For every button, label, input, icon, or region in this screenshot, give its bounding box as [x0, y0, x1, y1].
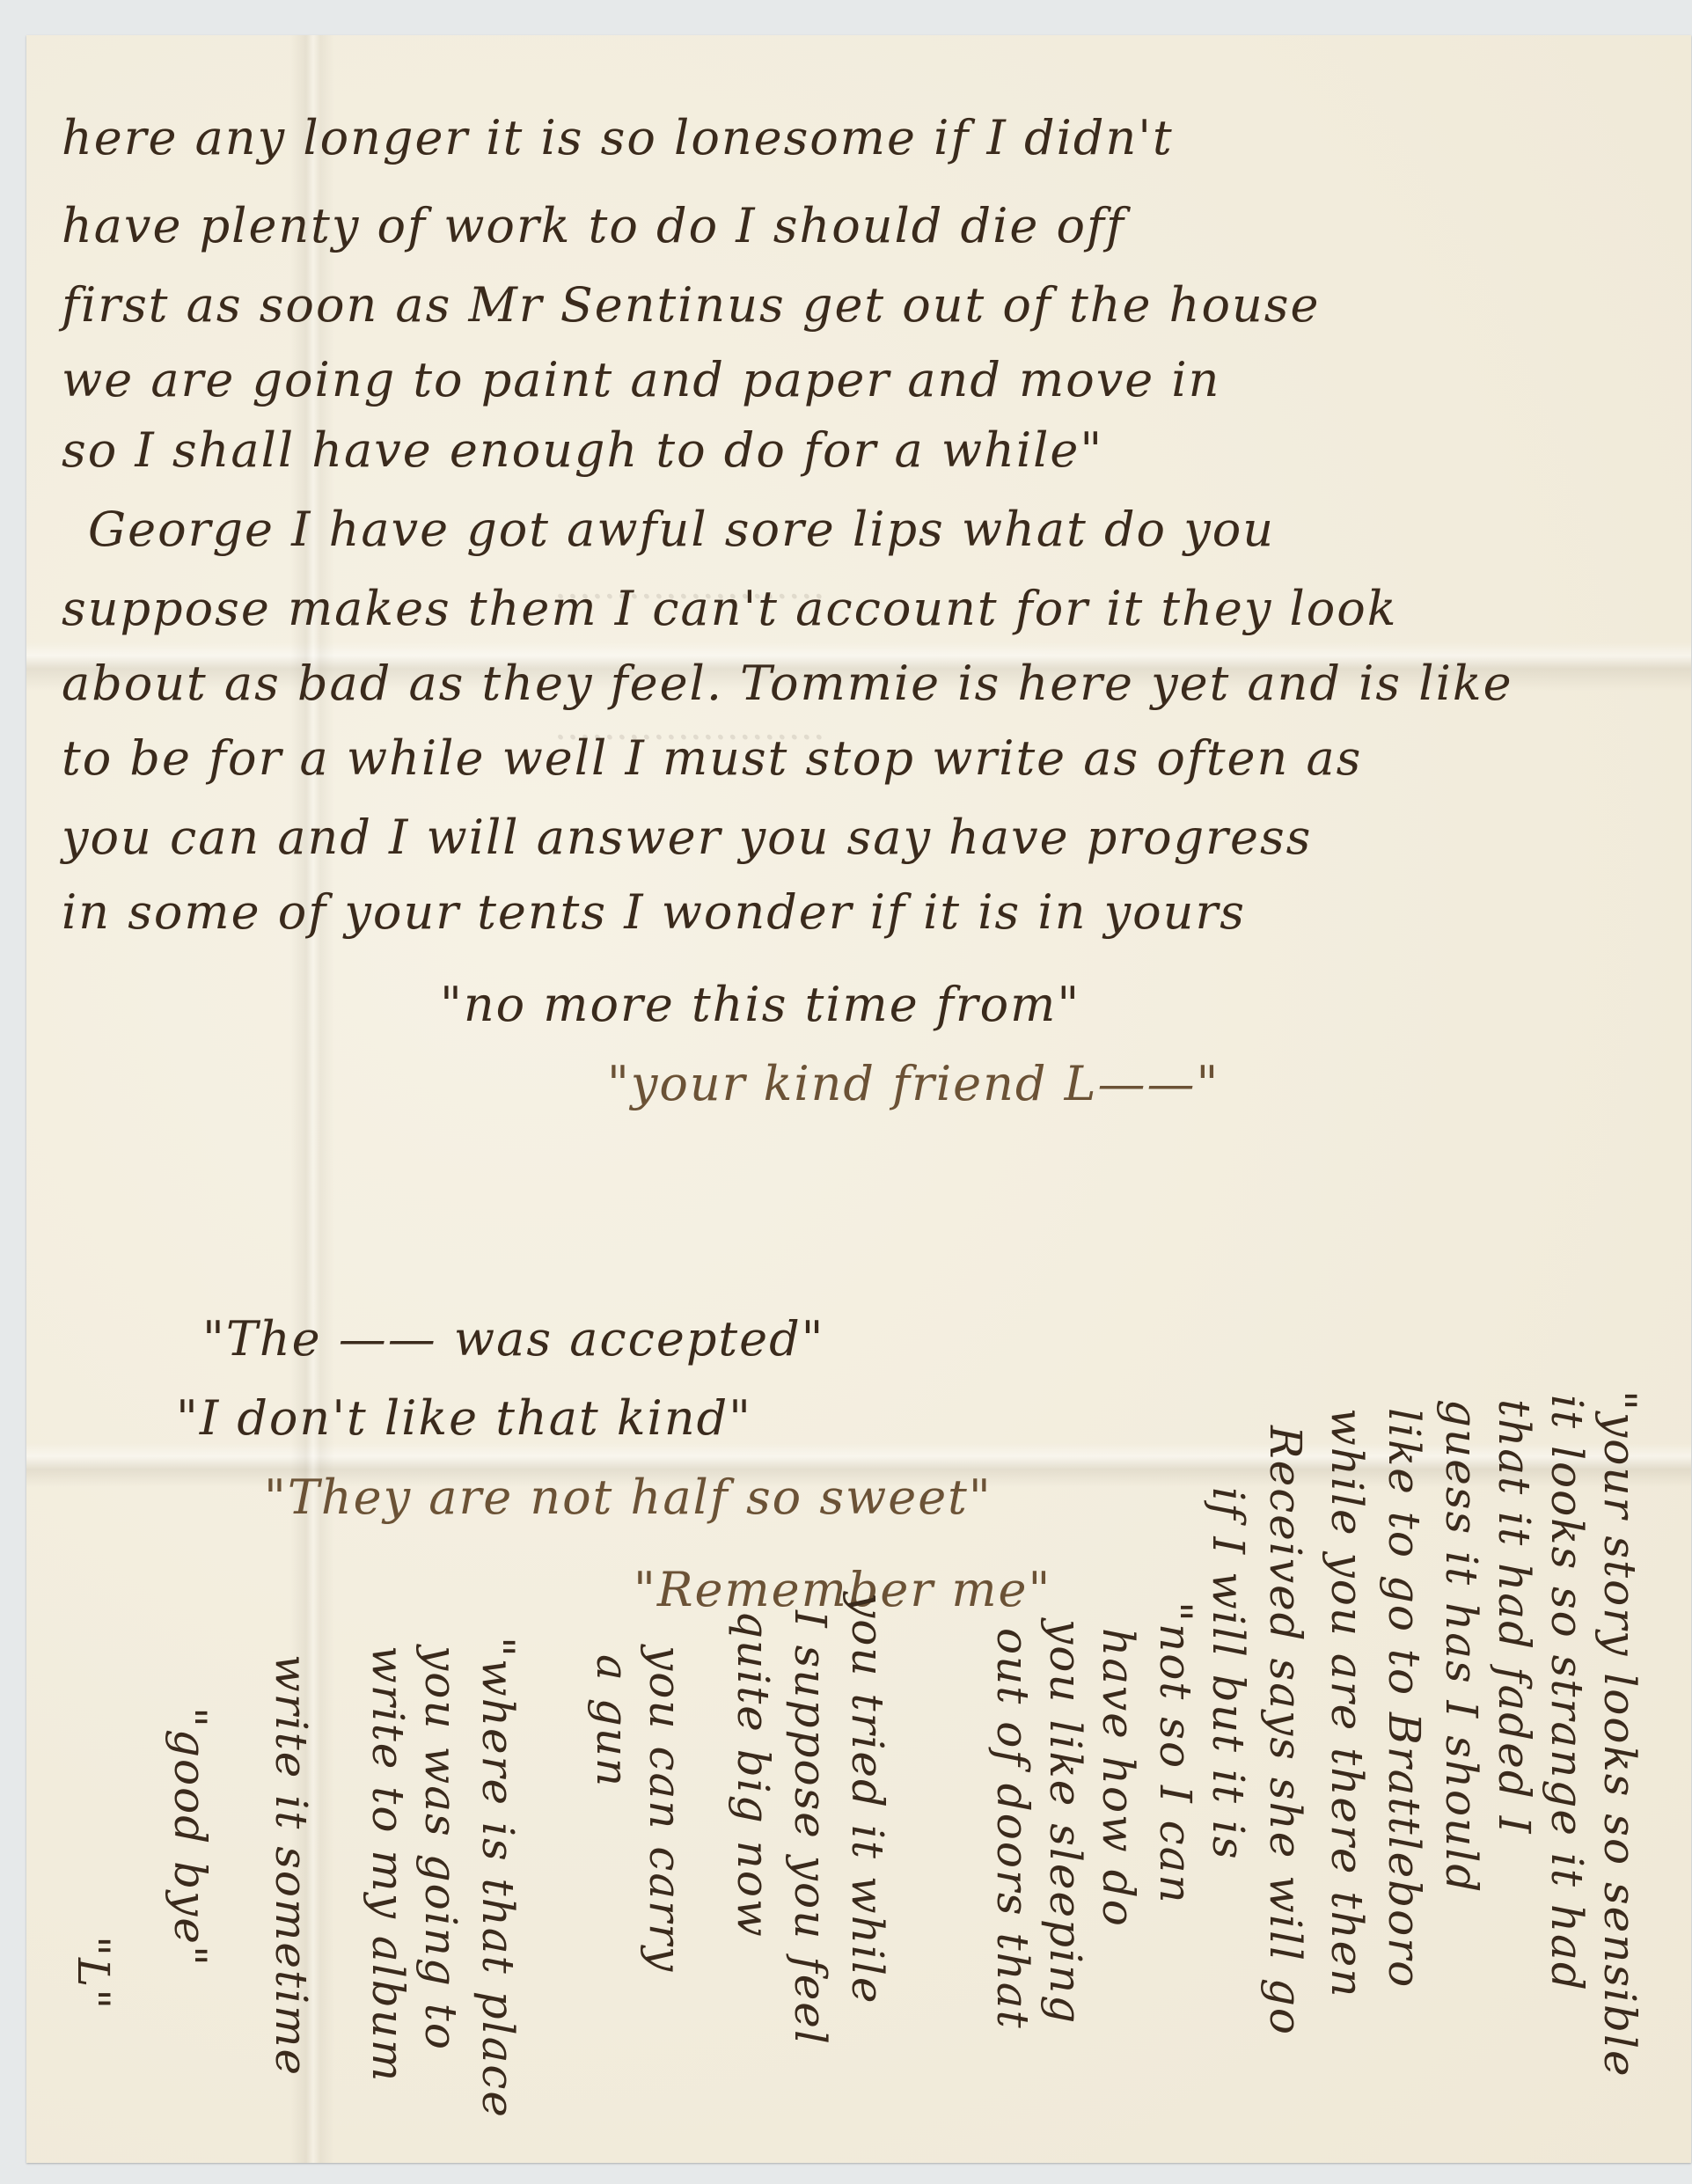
letter-page: ...................... .................… — [26, 35, 1691, 2163]
quote-line: "They are not half so sweet" — [264, 1469, 992, 1525]
rotated-line: have how do — [1093, 1628, 1144, 1928]
rotated-line: like to go to Brattleboro — [1379, 1408, 1430, 1989]
rotated-line: quite big now — [728, 1610, 779, 1938]
body-line: have plenty of work to do I should die o… — [62, 198, 1125, 253]
rotated-line: you like sleeping — [1040, 1619, 1091, 2025]
body-line: so I shall have enough to do for a while… — [62, 422, 1103, 478]
rotated-line: while you are there then — [1322, 1408, 1373, 1998]
rotated-line: write it sometime — [266, 1654, 317, 2077]
rotated-line: "your story looks so sensible — [1594, 1390, 1645, 2078]
body-line: to be for a while well I must stop write… — [62, 730, 1362, 786]
rotated-line: if I will but it is — [1203, 1487, 1254, 1861]
body-line: suppose makes them I can't account for i… — [62, 581, 1398, 636]
body-line: you can and I will answer you say have p… — [62, 810, 1312, 865]
body-line: in some of your tents I wonder if it is … — [62, 884, 1246, 940]
body-line: first as soon as Mr Sentinus get out of … — [62, 277, 1320, 333]
body-line: here any longer it is so lonesome if I d… — [62, 110, 1174, 165]
body-line: we are going to paint and paper and move… — [62, 352, 1220, 407]
rotated-line: guess it has I should — [1436, 1399, 1487, 1894]
body-line: George I have got awful sore lips what d… — [88, 502, 1275, 557]
quote-line: "The —— was accepted" — [202, 1311, 824, 1367]
rotated-line: "not so I can — [1150, 1601, 1201, 1905]
body-line: about as bad as they feel. Tommie is her… — [62, 656, 1513, 711]
closing-line: "no more this time from" — [440, 977, 1080, 1032]
signature-line: "your kind friend L——" — [607, 1056, 1220, 1111]
rotated-line: you can carry — [640, 1645, 691, 1973]
rotated-line: "L" — [68, 1936, 119, 2011]
rotated-line: a gun — [587, 1654, 638, 1788]
rotated-line: out of doors that — [987, 1628, 1038, 2030]
rotated-line: Received says she will go — [1260, 1425, 1311, 2036]
quote-line: "I don't like that kind" — [176, 1390, 752, 1446]
rotated-line: that it had faded I — [1489, 1399, 1540, 1836]
rotated-line: "where is that place — [472, 1637, 524, 2119]
rotated-line: write to my album — [363, 1645, 414, 2083]
rotated-line: I suppose you feel — [785, 1610, 836, 2046]
rotated-line: you was going to — [415, 1645, 466, 2051]
rotated-line: you tried it while — [842, 1593, 893, 2004]
rotated-line: it looks so strange it had — [1542, 1395, 1593, 1992]
rotated-line: "good bye" — [165, 1707, 216, 1968]
